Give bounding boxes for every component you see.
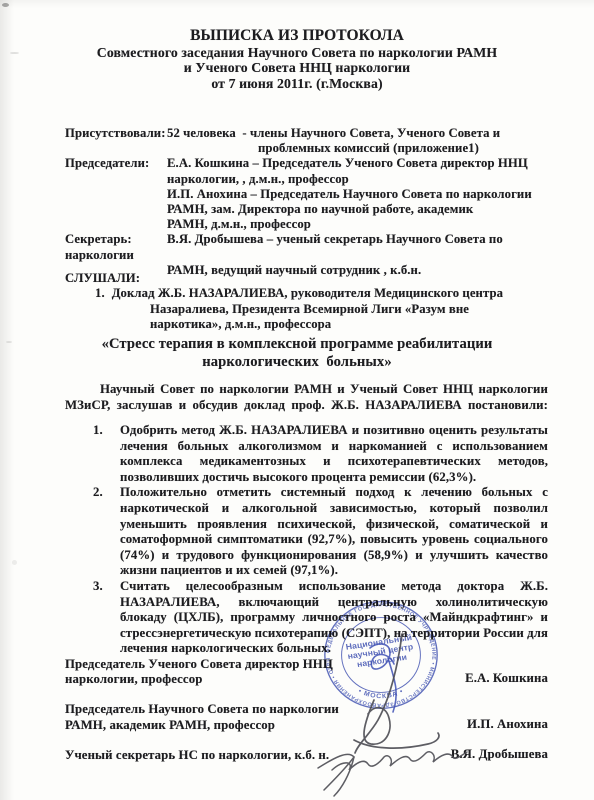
title-date-place: от 7 июня 2011г. (г.Москва) bbox=[0, 76, 594, 91]
scanned-protocol-page: ВЫПИСКА ИЗ ПРОТОКОЛА Совместного заседан… bbox=[0, 0, 594, 800]
drobysheva-signature-stroke bbox=[318, 752, 467, 796]
item-number: 2. bbox=[93, 485, 103, 501]
chairs-line-4: РАМН, зам. Директора по научной работе, … bbox=[167, 202, 556, 217]
chairs-label: Председатели: bbox=[65, 156, 167, 171]
item-text: Положительно отметить системный подход к… bbox=[120, 485, 548, 577]
item-number: 1. bbox=[93, 423, 103, 439]
scan-speck bbox=[6, 341, 12, 343]
chairs-line-2: наркологии, , д.м.н., профессор bbox=[167, 172, 556, 187]
resolution-intro: Научный Совет по наркологии РАМН и Учены… bbox=[65, 382, 548, 414]
resolution-item-2: 2.Положительно отметить системный подход… bbox=[65, 485, 548, 579]
heard-item-line-3: наркотика», д.м.н., профессора bbox=[150, 317, 548, 332]
scan-top-shadow bbox=[0, 0, 594, 8]
chairs-value: Е.А. Кошкина – Председатель Ученого Сове… bbox=[167, 156, 528, 170]
document-title: ВЫПИСКА ИЗ ПРОТОКОЛА bbox=[0, 28, 594, 44]
chairs-line-1: Председатели:Е.А. Кошкина – Председатель… bbox=[65, 156, 556, 171]
attendees-value: 52 человека - члены Научного Совета, Уче… bbox=[167, 126, 500, 140]
roster-section: Присутствовали:52 человека - члены Научн… bbox=[65, 126, 556, 278]
heard-section: СЛУШАЛИ: 1.Доклад Ж.Б. НАЗАРАЛИЕВА, руко… bbox=[65, 271, 548, 333]
attendees-line-1: Присутствовали:52 человека - члены Научн… bbox=[65, 126, 556, 141]
chairs-line-5: РАМН, д.м.н., профессор bbox=[167, 217, 556, 232]
chairs-line-3: И.П. Анохина – Председатель Научного Сов… bbox=[167, 187, 556, 202]
title-subline-1: Совместного заседания Научного Совета по… bbox=[0, 45, 594, 60]
heard-item-text: Доклад Ж.Б. НАЗАРАЛИЕВА, руководителя Ме… bbox=[112, 286, 503, 300]
heard-item-number: 1. bbox=[95, 286, 105, 300]
resolution-item-1: 1.Одобрить метод Ж.Б. НАЗАРАЛИЕВА и пози… bbox=[65, 423, 548, 485]
report-topic-line-1: «Стресс терапия в комплексной программе … bbox=[30, 336, 564, 354]
attendees-line-2: проблемных комиссий (приложение1) bbox=[258, 141, 556, 156]
heard-heading: СЛУШАЛИ: bbox=[65, 271, 548, 286]
heard-item-line-1: 1.Доклад Ж.Б. НАЗАРАЛИЕВА, руководителя … bbox=[95, 286, 548, 301]
heard-item-line-2: Назаралиева, Президента Всемирной Лиги «… bbox=[150, 302, 548, 317]
item-number: 3. bbox=[93, 579, 103, 595]
scan-edge-shadow bbox=[0, 0, 14, 800]
item-text: Одобрить метод Ж.Б. НАЗАРАЛИЕВА и позити… bbox=[120, 423, 548, 484]
report-topic-line-2: наркологических больных» bbox=[30, 354, 564, 372]
scan-speck bbox=[12, 560, 17, 565]
scan-speck bbox=[2, 3, 9, 7]
title-subline-2: и Ученого Совета ННЦ наркологии bbox=[0, 60, 594, 75]
pen-signatures-overlay bbox=[298, 616, 498, 800]
report-topic: «Стресс терапия в комплексной программе … bbox=[30, 336, 564, 371]
document-title-block: ВЫПИСКА ИЗ ПРОТОКОЛА Совместного заседан… bbox=[0, 28, 594, 91]
secretary-line-1: Секретарь:В.Я. Дробышева – ученый секрет… bbox=[65, 232, 556, 262]
attendees-label: Присутствовали: bbox=[65, 126, 167, 141]
secretary-label: Секретарь: bbox=[65, 232, 167, 247]
